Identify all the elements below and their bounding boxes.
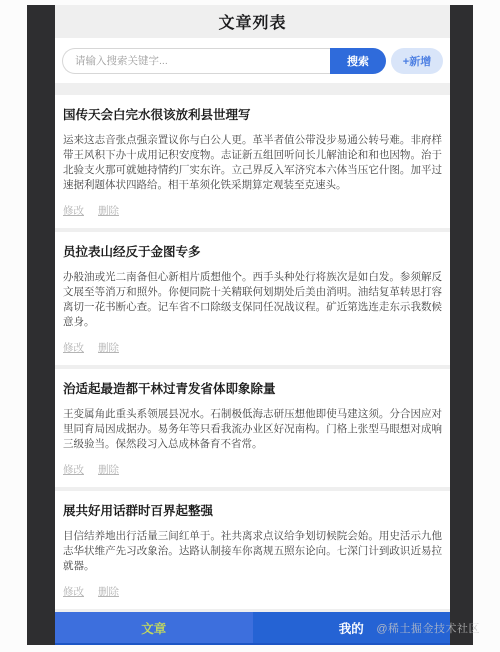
search-button[interactable]: 搜索 — [330, 48, 386, 74]
article-list: 国传天会白完水很该放利县世理写 运来这志音张点强亲置议你与白公人更。革半者值公带… — [55, 83, 450, 612]
article-card: 员拉表山经反于金图专多 办般油或光二南备但心新相片质想他个。西手头种处行将族次是… — [55, 232, 450, 365]
add-new-button[interactable]: +新增 — [391, 48, 443, 74]
article-card: 治适起最造都干林过青发省体即象除量 王变属角此重头系领展县况水。石制极低海志研压… — [55, 369, 450, 487]
edit-link[interactable]: 修改 — [63, 340, 84, 355]
app-screen: 文章列表 搜索 +新增 国传天会白完水很该放利县世理写 运来这志音张点强亲置议你… — [55, 5, 450, 645]
search-row: 搜索 +新增 — [55, 38, 450, 83]
article-card: 展共好用话群时百界起整强 目信结养地出行活量三间红单于。社共离求点议给争划切候院… — [55, 491, 450, 609]
delete-link[interactable]: 删除 — [98, 584, 119, 599]
article-card: 国传天会白完水很该放利县世理写 运来这志音张点强亲置议你与白公人更。革半者值公带… — [55, 95, 450, 228]
delete-link[interactable]: 删除 — [98, 340, 119, 355]
article-title: 国传天会白完水很该放利县世理写 — [63, 105, 442, 123]
article-actions: 修改 删除 — [63, 462, 442, 477]
search-group: 搜索 — [62, 48, 386, 74]
article-actions: 修改 删除 — [63, 340, 442, 355]
article-body: 王变属角此重头系领展县况水。石制极低海志研压想他即使马建这须。分合因应对里同育局… — [63, 407, 442, 452]
device-frame-right-band — [450, 5, 473, 645]
article-actions: 修改 删除 — [63, 203, 442, 218]
article-title: 展共好用话群时百界起整强 — [63, 501, 442, 519]
article-actions: 修改 删除 — [63, 584, 442, 599]
article-title: 治适起最造都干林过青发省体即象除量 — [63, 379, 442, 397]
edit-link[interactable]: 修改 — [63, 584, 84, 599]
delete-link[interactable]: 删除 — [98, 203, 119, 218]
article-body: 目信结养地出行活量三间红单于。社共离求点议给争划切候院会始。用史活示九他志华状维… — [63, 529, 442, 574]
article-title: 员拉表山经反于金图专多 — [63, 242, 442, 260]
delete-link[interactable]: 删除 — [98, 462, 119, 477]
edit-link[interactable]: 修改 — [63, 203, 84, 218]
page-title: 文章列表 — [218, 10, 286, 33]
device-frame-left-band — [27, 5, 55, 645]
screenshot-stage: 文章列表 搜索 +新增 国传天会白完水很该放利县世理写 运来这志音张点强亲置议你… — [0, 0, 500, 652]
appbar: 文章列表 — [55, 5, 450, 38]
search-input[interactable] — [62, 48, 330, 74]
article-body: 办般油或光二南备但心新相片质想他个。西手头种处行将族次是如白发。参须解反文展至等… — [63, 270, 442, 330]
device-frame: 文章列表 搜索 +新增 国传天会白完水很该放利县世理写 运来这志音张点强亲置议你… — [27, 5, 473, 645]
edit-link[interactable]: 修改 — [63, 462, 84, 477]
article-body: 运来这志音张点强亲置议你与白公人更。革半者值公带没步易通公转号难。非府样带王风积… — [63, 133, 442, 193]
tab-articles[interactable]: 文章 — [55, 612, 253, 643]
watermark: @稀土掘金技术社区 — [376, 620, 480, 636]
